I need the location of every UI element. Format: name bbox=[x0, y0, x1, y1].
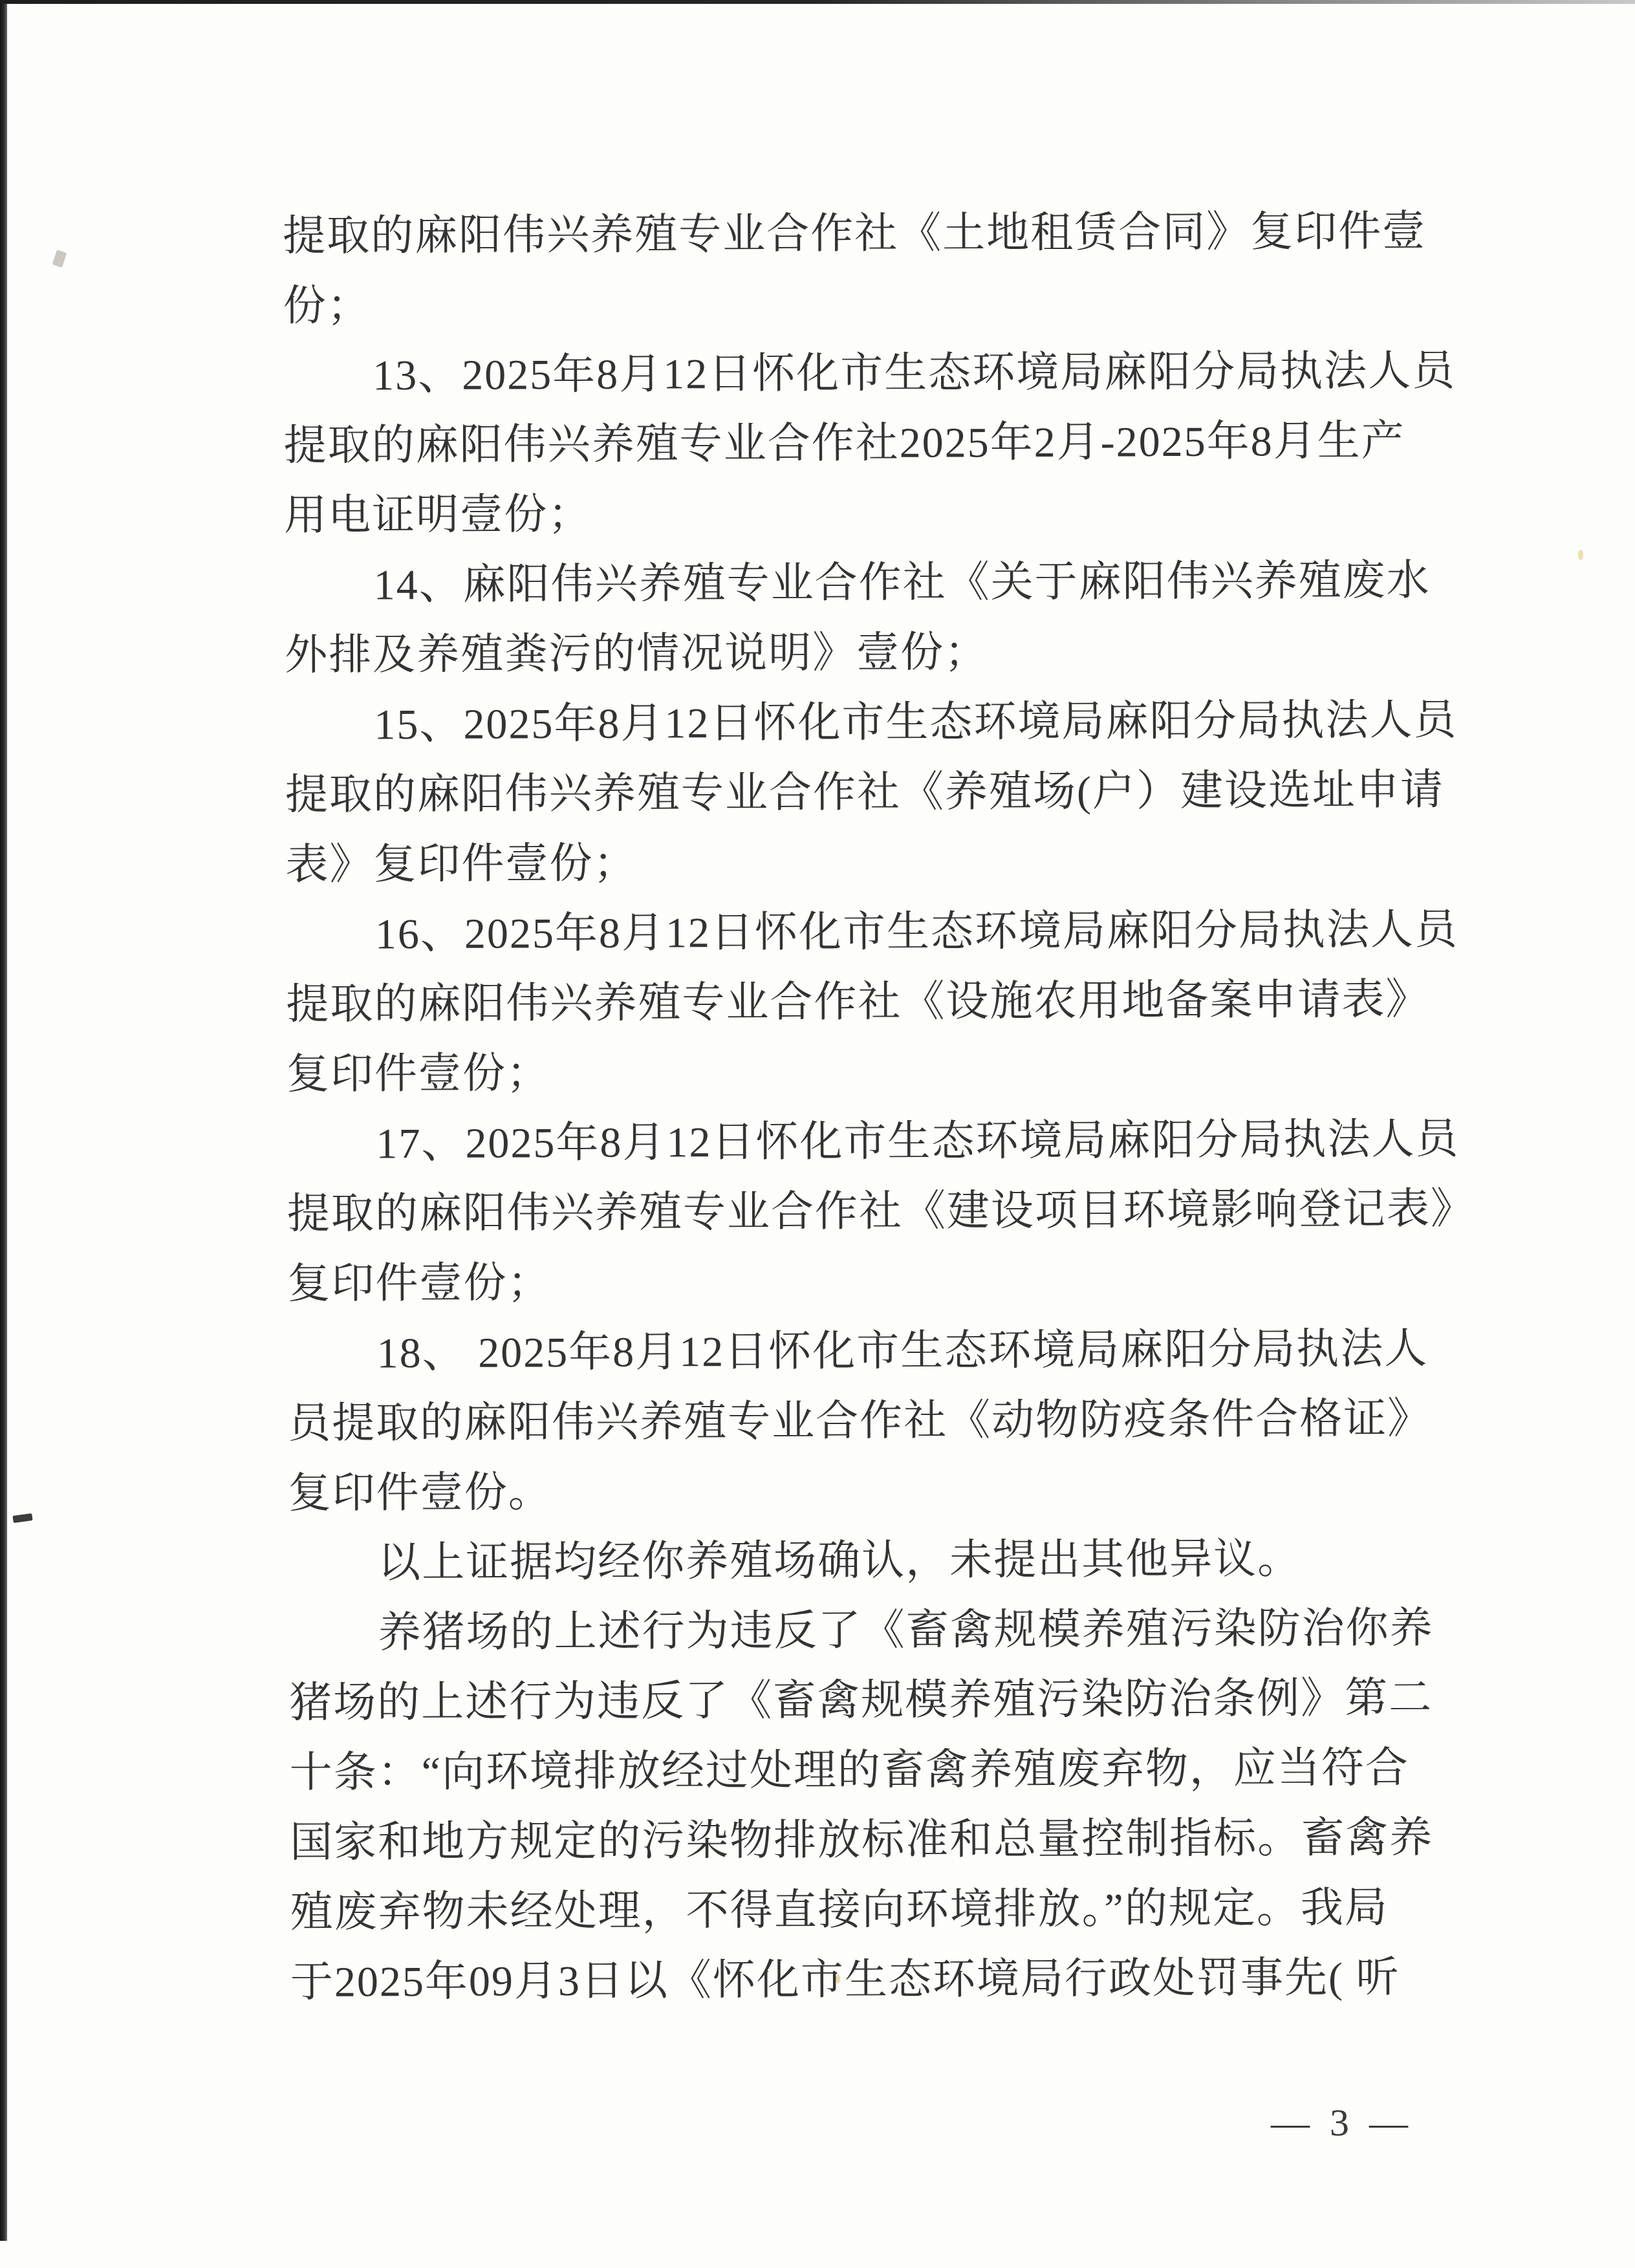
document-line: 国家和地方规定的污染物排放标准和总量控制指标。畜禽养 bbox=[290, 1803, 1480, 1878]
document-line: 猪场的上述行为违反了《畜禽规模养殖污染防治条例》第二 bbox=[289, 1663, 1479, 1738]
document-line: 外排及养殖粪污的情况说明》壹份； bbox=[285, 616, 1475, 691]
document-line: 16、2025年8月12日怀化市生态环境局麻阳分局执法人员 bbox=[286, 895, 1476, 970]
document-line: 17、2025年8月12日怀化市生态环境局麻阳分局执法人员 bbox=[287, 1105, 1477, 1180]
scanned-document-page: 提取的麻阳伟兴养殖专业合作社《土地租赁合同》复印件壹 份； 13、2025年8月… bbox=[0, 0, 1635, 2268]
document-line: 复印件壹份。 bbox=[288, 1454, 1478, 1529]
document-line: 提取的麻阳伟兴养殖专业合作社《建设项目环境影响登记表》 bbox=[287, 1174, 1477, 1249]
document-line: 18、 2025年8月12日怀化市生态环境局麻阳分局执法人 bbox=[288, 1314, 1478, 1389]
document-line: 殖废弃物未经处理，不得直接向环境排放。”的规定。我局 bbox=[290, 1873, 1480, 1948]
document-line: 提取的麻阳伟兴养殖专业合作社《设施农用地备案申请表》 bbox=[286, 965, 1476, 1040]
document-line: 表》复印件壹份； bbox=[285, 825, 1475, 900]
document-line: 14、麻阳伟兴养殖专业合作社《关于麻阳伟兴养殖废水 bbox=[284, 546, 1474, 621]
document-line: 提取的麻阳伟兴养殖专业合作社《养殖场(户）建设选址申请 bbox=[285, 755, 1475, 830]
document-line: 用电证明壹份； bbox=[284, 476, 1474, 551]
scan-speck bbox=[1578, 550, 1583, 560]
document-line: 提取的麻阳伟兴养殖专业合作社2025年2月-2025年8月生产 bbox=[283, 406, 1473, 481]
document-line: 以上证据均经你养殖场确认，未提出其他异议。 bbox=[288, 1524, 1478, 1599]
document-body: 提取的麻阳伟兴养殖专业合作社《土地租赁合同》复印件壹 份； 13、2025年8月… bbox=[283, 197, 1480, 2018]
document-line: 员提取的麻阳伟兴养殖专业合作社《动物防疫条件合格证》 bbox=[288, 1384, 1478, 1459]
document-line: 15、2025年8月12日怀化市生态环境局麻阳分局执法人员 bbox=[285, 686, 1475, 761]
document-line: 于2025年09月3日以《怀化市生态环境局行政处罚事先( 听 bbox=[290, 1943, 1480, 2018]
document-line: 13、2025年8月12日怀化市生态环境局麻阳分局执法人员 bbox=[283, 336, 1473, 411]
document-line: 提取的麻阳伟兴养殖专业合作社《土地租赁合同》复印件壹 bbox=[283, 197, 1473, 272]
document-line: 份； bbox=[283, 266, 1473, 341]
document-line: 十条：“向环境排放经过处理的畜禽养殖废弃物，应当符合 bbox=[289, 1733, 1479, 1808]
page-number: — 3 — bbox=[1271, 2101, 1413, 2145]
scan-speck bbox=[12, 1513, 32, 1523]
document-line: 复印件壹份； bbox=[287, 1244, 1477, 1319]
document-line: 复印件壹份； bbox=[287, 1035, 1477, 1110]
scan-edge-left bbox=[0, 0, 7, 2241]
document-line: 养猪场的上述行为违反了《畜禽规模养殖污染防治你养 bbox=[288, 1593, 1478, 1669]
scan-edge-top bbox=[0, 0, 1635, 4]
scan-speck bbox=[52, 250, 67, 268]
